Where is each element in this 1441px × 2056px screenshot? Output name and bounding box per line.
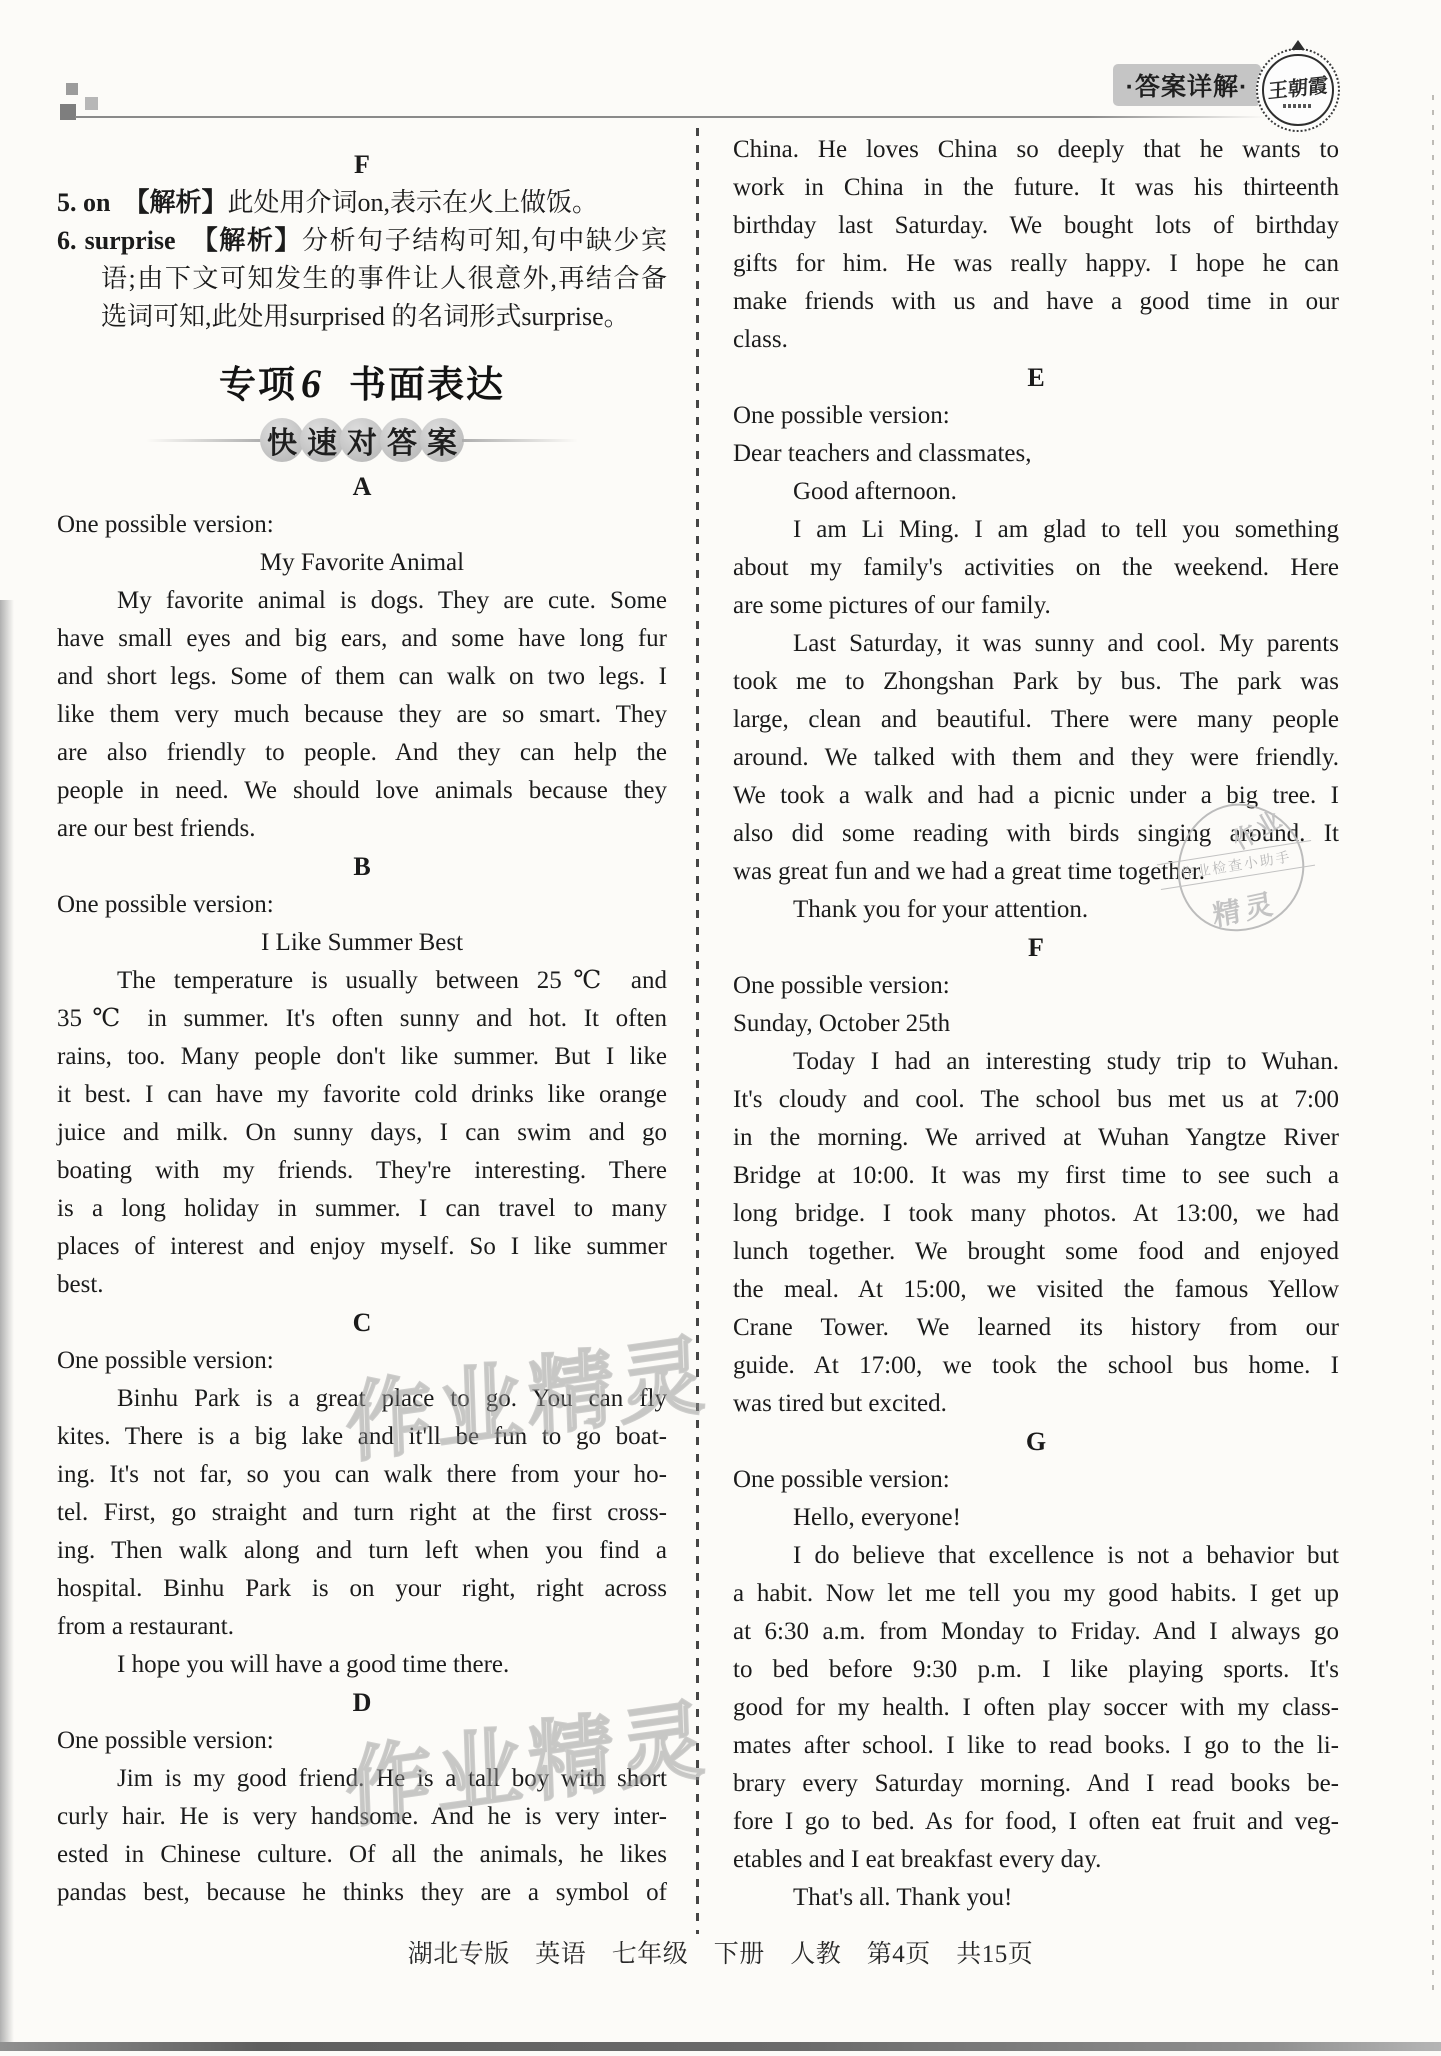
text-line: One possible version: bbox=[57, 506, 667, 544]
text-line: Hello, everyone! bbox=[733, 1499, 1339, 1537]
text-line: at 6:30 a.m. from Monday to Friday. And … bbox=[733, 1613, 1339, 1651]
text-line: tel. First, go straight and turn right a… bbox=[57, 1494, 667, 1532]
text-line: One possible version: bbox=[733, 1461, 1339, 1499]
text-line: ested in Chinese culture. Of all the ani… bbox=[57, 1836, 667, 1874]
section-letter: E bbox=[733, 359, 1339, 397]
text-line: That's all. Thank you! bbox=[733, 1879, 1339, 1917]
text-line: like them very much because they are so … bbox=[57, 696, 667, 734]
column-divider bbox=[696, 128, 699, 1934]
text-line: I hope you will have a good time there. bbox=[57, 1646, 667, 1684]
text-line: have small eyes and big ears, and some h… bbox=[57, 620, 667, 658]
text-line: ing. Then walk along and turn left when … bbox=[57, 1532, 667, 1570]
text-line: One possible version: bbox=[57, 1722, 667, 1760]
text-line: good for my health. I often play soccer … bbox=[733, 1689, 1339, 1727]
text-line: are also friendly to people. And they ca… bbox=[57, 734, 667, 772]
registration-square bbox=[66, 83, 78, 95]
text-line: a habit. Now let me tell you my good hab… bbox=[733, 1575, 1339, 1613]
text-line: It's cloudy and cool. The school bus met… bbox=[733, 1081, 1339, 1119]
text-line: Jim is my good friend. He is a tall boy … bbox=[57, 1760, 667, 1798]
text-line: Bridge at 10:00. It was my first time to… bbox=[733, 1157, 1339, 1195]
logo-subtext-mark bbox=[1283, 104, 1313, 108]
banner-coin: 对 bbox=[340, 418, 384, 462]
text-line: are some pictures of our family. bbox=[733, 587, 1339, 625]
text-line: 5. on 【解析】此处用介词on,表示在火上做饭。 bbox=[57, 184, 667, 222]
text-line: people in need. We should love animals b… bbox=[57, 772, 667, 810]
text-line: 选词可知,此处用surprised 的名词形式surprise。 bbox=[57, 298, 667, 336]
text-line: brary every Saturday morning. And I read… bbox=[733, 1765, 1339, 1803]
text-line: juice and milk. On sunny days, I can swi… bbox=[57, 1114, 667, 1152]
section-letter: F bbox=[57, 146, 667, 184]
text-line: China. He loves China so deeply that he … bbox=[733, 131, 1339, 169]
text-line: 语;由下文可知发生的事件让人很意外,再结合备 bbox=[57, 260, 667, 298]
text-line: is a long holiday in summer. I can trave… bbox=[57, 1190, 667, 1228]
text-line: One possible version: bbox=[733, 967, 1339, 1005]
text-line: I do believe that excellence is not a be… bbox=[733, 1537, 1339, 1575]
text-line: Thank you for your attention. bbox=[733, 891, 1339, 929]
logo-crown-icon bbox=[1291, 40, 1305, 50]
section-letter: F bbox=[733, 929, 1339, 967]
logo-brand-text: 王朝霞 bbox=[1268, 69, 1329, 105]
essay-title: My Favorite Animal bbox=[57, 544, 667, 582]
text-line: pandas best, because he thinks they are … bbox=[57, 1874, 667, 1912]
text-line: The temperature is usually between 25℃ a… bbox=[57, 962, 667, 1000]
text-line: mates after school. I like to read books… bbox=[733, 1727, 1339, 1765]
banner-coin: 答 bbox=[380, 418, 424, 462]
registration-square bbox=[85, 97, 98, 110]
text-line: long bridge. I took many photos. At 13:0… bbox=[733, 1195, 1339, 1233]
text-line: took me to Zhongshan Park by bus. The pa… bbox=[733, 663, 1339, 701]
text-line: fore I go to bed. As for food, I often e… bbox=[733, 1803, 1339, 1841]
text-line: My favorite animal is dogs. They are cut… bbox=[57, 582, 667, 620]
left-column: F5. on 【解析】此处用介词on,表示在火上做饭。6. surprise 【… bbox=[57, 146, 667, 1912]
text-line: class. bbox=[733, 321, 1339, 359]
banner-line bbox=[146, 439, 262, 442]
text-line: One possible version: bbox=[57, 886, 667, 924]
text-line: from a restaurant. bbox=[57, 1608, 667, 1646]
essay-title: I Like Summer Best bbox=[57, 924, 667, 962]
text-line: was great fun and we had a great time to… bbox=[733, 853, 1339, 891]
text-line: lunch together. We brought some food and… bbox=[733, 1233, 1339, 1271]
text-line: also did some reading with birds singing… bbox=[733, 815, 1339, 853]
text-line: etables and I eat breakfast every day. bbox=[733, 1841, 1339, 1879]
text-line: Crane Tower. We learned its history from… bbox=[733, 1309, 1339, 1347]
text-line: Good afternoon. bbox=[733, 473, 1339, 511]
text-line: birthday last Saturday. We bought lots o… bbox=[733, 207, 1339, 245]
text-line: One possible version: bbox=[57, 1342, 667, 1380]
banner-coin: 快 bbox=[260, 418, 304, 462]
text-line: work in China in the future. It was his … bbox=[733, 169, 1339, 207]
scan-gutter-shadow bbox=[0, 600, 14, 2042]
answer-detail-badge: ·答案详解· bbox=[1113, 64, 1261, 106]
text-line: curly hair. He is very handsome. And he … bbox=[57, 1798, 667, 1836]
scanned-answer-page: ·答案详解· 王朝霞 F5. on 【解析】此处用介词on,表示在火上做饭。6.… bbox=[0, 0, 1441, 2056]
text-line: large, clean and beautiful. There were m… bbox=[733, 701, 1339, 739]
header-rule bbox=[75, 116, 1267, 118]
text-line: it best. I can have my favorite cold dri… bbox=[57, 1076, 667, 1114]
text-line: places of interest and enjoy myself. So … bbox=[57, 1228, 667, 1266]
text-line: Dear teachers and classmates, bbox=[733, 435, 1339, 473]
text-line: in the morning. We arrived at Wuhan Yang… bbox=[733, 1119, 1339, 1157]
text-line: about my family's activities on the week… bbox=[733, 549, 1339, 587]
page-footer: 湖北专版 英语 七年级 下册 人教 第4页 共15页 bbox=[0, 1934, 1441, 1970]
text-line: We took a walk and had a picnic under a … bbox=[733, 777, 1339, 815]
text-line: Sunday, October 25th bbox=[733, 1005, 1339, 1043]
banner-coin: 速 bbox=[300, 418, 344, 462]
text-line: One possible version: bbox=[733, 397, 1339, 435]
text-line: 6. surprise 【解析】分析句子结构可知,句中缺少宾 bbox=[57, 222, 667, 260]
text-line: boating with my friends. They're interes… bbox=[57, 1152, 667, 1190]
section-letter: A bbox=[57, 468, 667, 506]
text-line: was tired but excited. bbox=[733, 1385, 1339, 1423]
section-letter: G bbox=[733, 1423, 1339, 1461]
text-line: to bed before 9:30 p.m. I like playing s… bbox=[733, 1651, 1339, 1689]
text-line: Today I had an interesting study trip to… bbox=[733, 1043, 1339, 1081]
text-line: ing. It's not far, so you can walk there… bbox=[57, 1456, 667, 1494]
text-line: Binhu Park is a great place to go. You c… bbox=[57, 1380, 667, 1418]
text-line: are our best friends. bbox=[57, 810, 667, 848]
text-line: best. bbox=[57, 1266, 667, 1304]
section-letter: D bbox=[57, 1684, 667, 1722]
text-line: the meal. At 15:00, we visited the famou… bbox=[733, 1271, 1339, 1309]
right-column: China. He loves China so deeply that he … bbox=[733, 131, 1339, 1917]
publisher-logo: 王朝霞 bbox=[1256, 48, 1340, 132]
text-line: I am Li Ming. I am glad to tell you some… bbox=[733, 511, 1339, 549]
text-line: and short legs. Some of them can walk on… bbox=[57, 658, 667, 696]
text-line: hospital. Binhu Park is on your right, r… bbox=[57, 1570, 667, 1608]
text-line: kites. There is a big lake and it'll be … bbox=[57, 1418, 667, 1456]
page-edge-line bbox=[1432, 95, 1434, 1990]
text-line: around. We talked with them and they wer… bbox=[733, 739, 1339, 777]
banner-coin: 案 bbox=[420, 418, 464, 462]
section-heading: 专项6书面表达 bbox=[57, 358, 667, 410]
text-line: 35℃ in summer. It's often sunny and hot.… bbox=[57, 1000, 667, 1038]
section-letter: C bbox=[57, 1304, 667, 1342]
quick-answer-banner: 快速对答案 bbox=[57, 416, 667, 464]
text-line: gifts for him. He was really happy. I ho… bbox=[733, 245, 1339, 283]
text-line: Last Saturday, it was sunny and cool. My… bbox=[733, 625, 1339, 663]
text-line: guide. At 17:00, we took the school bus … bbox=[733, 1347, 1339, 1385]
text-line: make friends with us and have a good tim… bbox=[733, 283, 1339, 321]
banner-line bbox=[462, 439, 578, 442]
bottom-scan-bar bbox=[0, 2042, 1441, 2051]
logo-inner-ring: 王朝霞 bbox=[1262, 54, 1334, 126]
text-line: rains, too. Many people don't like summe… bbox=[57, 1038, 667, 1076]
registration-square bbox=[60, 104, 76, 120]
section-letter: B bbox=[57, 848, 667, 886]
